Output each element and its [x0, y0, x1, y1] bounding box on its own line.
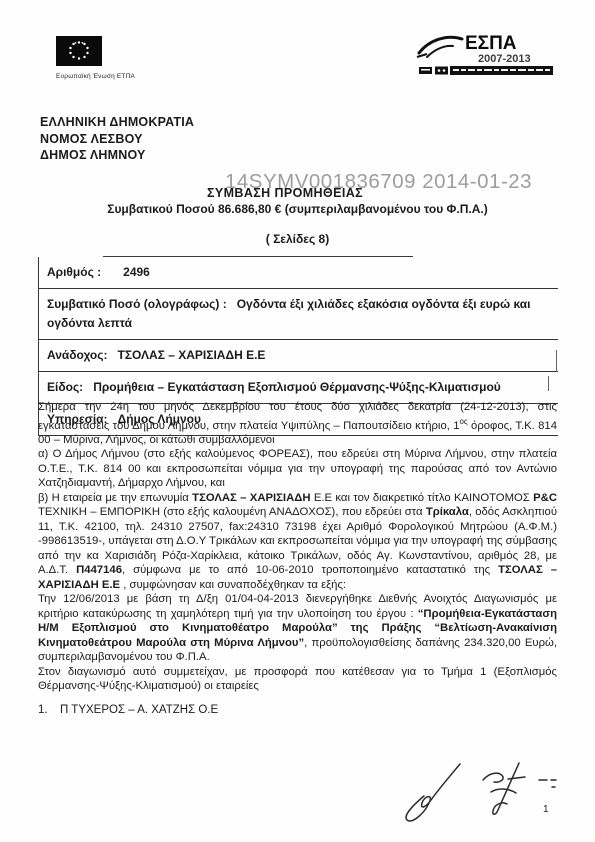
row-label: Είδος:: [47, 380, 83, 394]
svg-text:2007-2013: 2007-2013: [478, 53, 531, 65]
header-line-municipality: ΔΗΜΟΣ ΛΗΜΝΟΥ: [40, 147, 194, 164]
table-row-amount-words: Συμβατικό Ποσό (ολογράφως) :Ογδόντα έξι …: [39, 289, 558, 340]
row-value: ΤΣΟΛΑΣ – ΧΑΡΙΣΙΑΔΗ Ε.Ε: [118, 348, 266, 362]
list-item-number: 1.: [38, 703, 60, 718]
header-line-country: ΕΛΛΗΝΙΚΗ ΔΗΜΟΚΡΑΤΙΑ: [40, 114, 194, 131]
paragraph-tender: Την 12/06/2013 με βάση τη Δ/ξη 01/04-04-…: [38, 592, 557, 665]
scan-artifact-line: [548, 376, 549, 391]
scan-artifact-line: [556, 350, 557, 372]
page-number: 1: [543, 804, 549, 815]
paragraph-participants: Στον διαγωνισμό αυτό συμμετείχαν, με προ…: [38, 665, 557, 694]
espa-logo: ΕΣΠΑ 2007-2013: [415, 26, 560, 83]
espa-program-bar: [419, 66, 553, 75]
handwritten-signatures-icon: [398, 760, 573, 830]
bidder-list-item: 1. Π ΤΥΧΕΡΟΣ – Α. ΧΑΤΖΗΣ Ο.Ε: [38, 703, 557, 718]
table-row-number: Αριθμός :2496: [39, 257, 558, 289]
government-header: ΕΛΛΗΝΙΚΗ ΔΗΜΟΚΡΑΤΙΑ ΝΟΜΟΣ ΛΕΣΒΟΥ ΔΗΜΟΣ Λ…: [40, 114, 194, 164]
espa-logo-icon: ΕΣΠΑ 2007-2013: [415, 26, 560, 78]
eu-flag-icon: [56, 36, 102, 66]
table-row-contractor: Ανάδοχος:ΤΣΟΛΑΣ – ΧΑΡΙΣΙΑΔΗ Ε.Ε: [39, 340, 558, 372]
document-page: Ευρωπαϊκή Ένωση ΕΤΠΑ ΕΣΠΑ 2007-2013: [0, 0, 595, 842]
row-value: 2496: [123, 265, 150, 279]
row-label: Ανάδοχος:: [47, 348, 108, 362]
svg-text:ΕΣΠΑ: ΕΣΠΑ: [465, 33, 517, 54]
eu-logo-caption: Ευρωπαϊκή Ένωση ΕΤΠΑ: [56, 73, 156, 80]
row-label: Συμβατικό Ποσό (ολογράφως) :: [47, 297, 227, 311]
contract-body: Σήμερα την 24η του μηνός Δεκεμβρίου του …: [38, 400, 557, 717]
eu-flag-logo: Ευρωπαϊκή Ένωση ΕΤΠΑ: [56, 36, 156, 80]
paragraph-party-b: β) Η εταιρεία με την επωνυμία ΤΣΟΛΑΣ – Χ…: [38, 491, 557, 593]
paragraph-party-a: α) Ο Δήμος Λήμνου (στο εξής καλούμενος Φ…: [38, 447, 557, 491]
paragraph-date-place: Σήμερα την 24η του μηνός Δεκεμβρίου του …: [38, 400, 557, 447]
list-item-text: Π ΤΥΧΕΡΟΣ – Α. ΧΑΤΖΗΣ Ο.Ε: [60, 703, 218, 718]
header-line-prefecture: ΝΟΜΟΣ ΛΕΣΒΟΥ: [40, 131, 194, 148]
row-label: Αριθμός :: [47, 265, 101, 279]
contract-amount-subtitle: Συμβατικού Ποσού 86.686,80 € (συμπεριλαμ…: [0, 202, 595, 216]
row-value: Προμήθεια – Εγκατάσταση Εξοπλισμού Θέρμα…: [93, 380, 501, 394]
signature-area: [398, 760, 573, 835]
registry-watermark: 14SYMV001836709 2014-01-23: [225, 170, 532, 194]
pages-note: ( Σελίδες 8): [0, 232, 595, 246]
